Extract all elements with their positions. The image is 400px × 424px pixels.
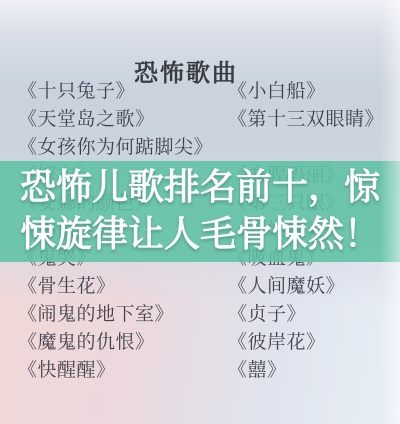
list-item: 《小白船》: [228, 78, 384, 106]
meme-image: 恐怖歌曲 《十只兔子》 《天堂岛之歌》 《女孩你为何踮脚尖》 《嫁衣》 《安娜的…: [0, 0, 400, 424]
list-item: [228, 134, 384, 162]
list-item: 《魔鬼的仇恨》: [18, 329, 213, 357]
list-item: 《贞子》: [228, 301, 384, 329]
list-item: 《囍》: [228, 357, 384, 385]
headline-line-2: 悚旋律让人毛骨悚然！: [0, 211, 400, 258]
headline-line-1: 恐怖儿歌排名前十，惊: [0, 164, 400, 211]
headline-text: 恐怖儿歌排名前十，惊 悚旋律让人毛骨悚然！: [0, 164, 400, 258]
list-item: 《第十三双眼睛》: [228, 106, 384, 134]
list-item: 《彼岸花》: [228, 329, 384, 357]
list-item: 《十只兔子》: [18, 78, 213, 106]
list-item: 《骨生花》: [18, 273, 213, 301]
caption-overlay-band: 恐怖儿歌排名前十，惊 悚旋律让人毛骨悚然！: [0, 161, 400, 262]
list-item: 《闹鬼的地下室》: [18, 301, 213, 329]
list-item: 《女孩你为何踮脚尖》: [18, 134, 213, 162]
list-item: 《天堂岛之歌》: [18, 106, 213, 134]
list-item: 《快醒醒》: [18, 357, 213, 385]
list-item: 《人间魔妖》: [228, 273, 384, 301]
